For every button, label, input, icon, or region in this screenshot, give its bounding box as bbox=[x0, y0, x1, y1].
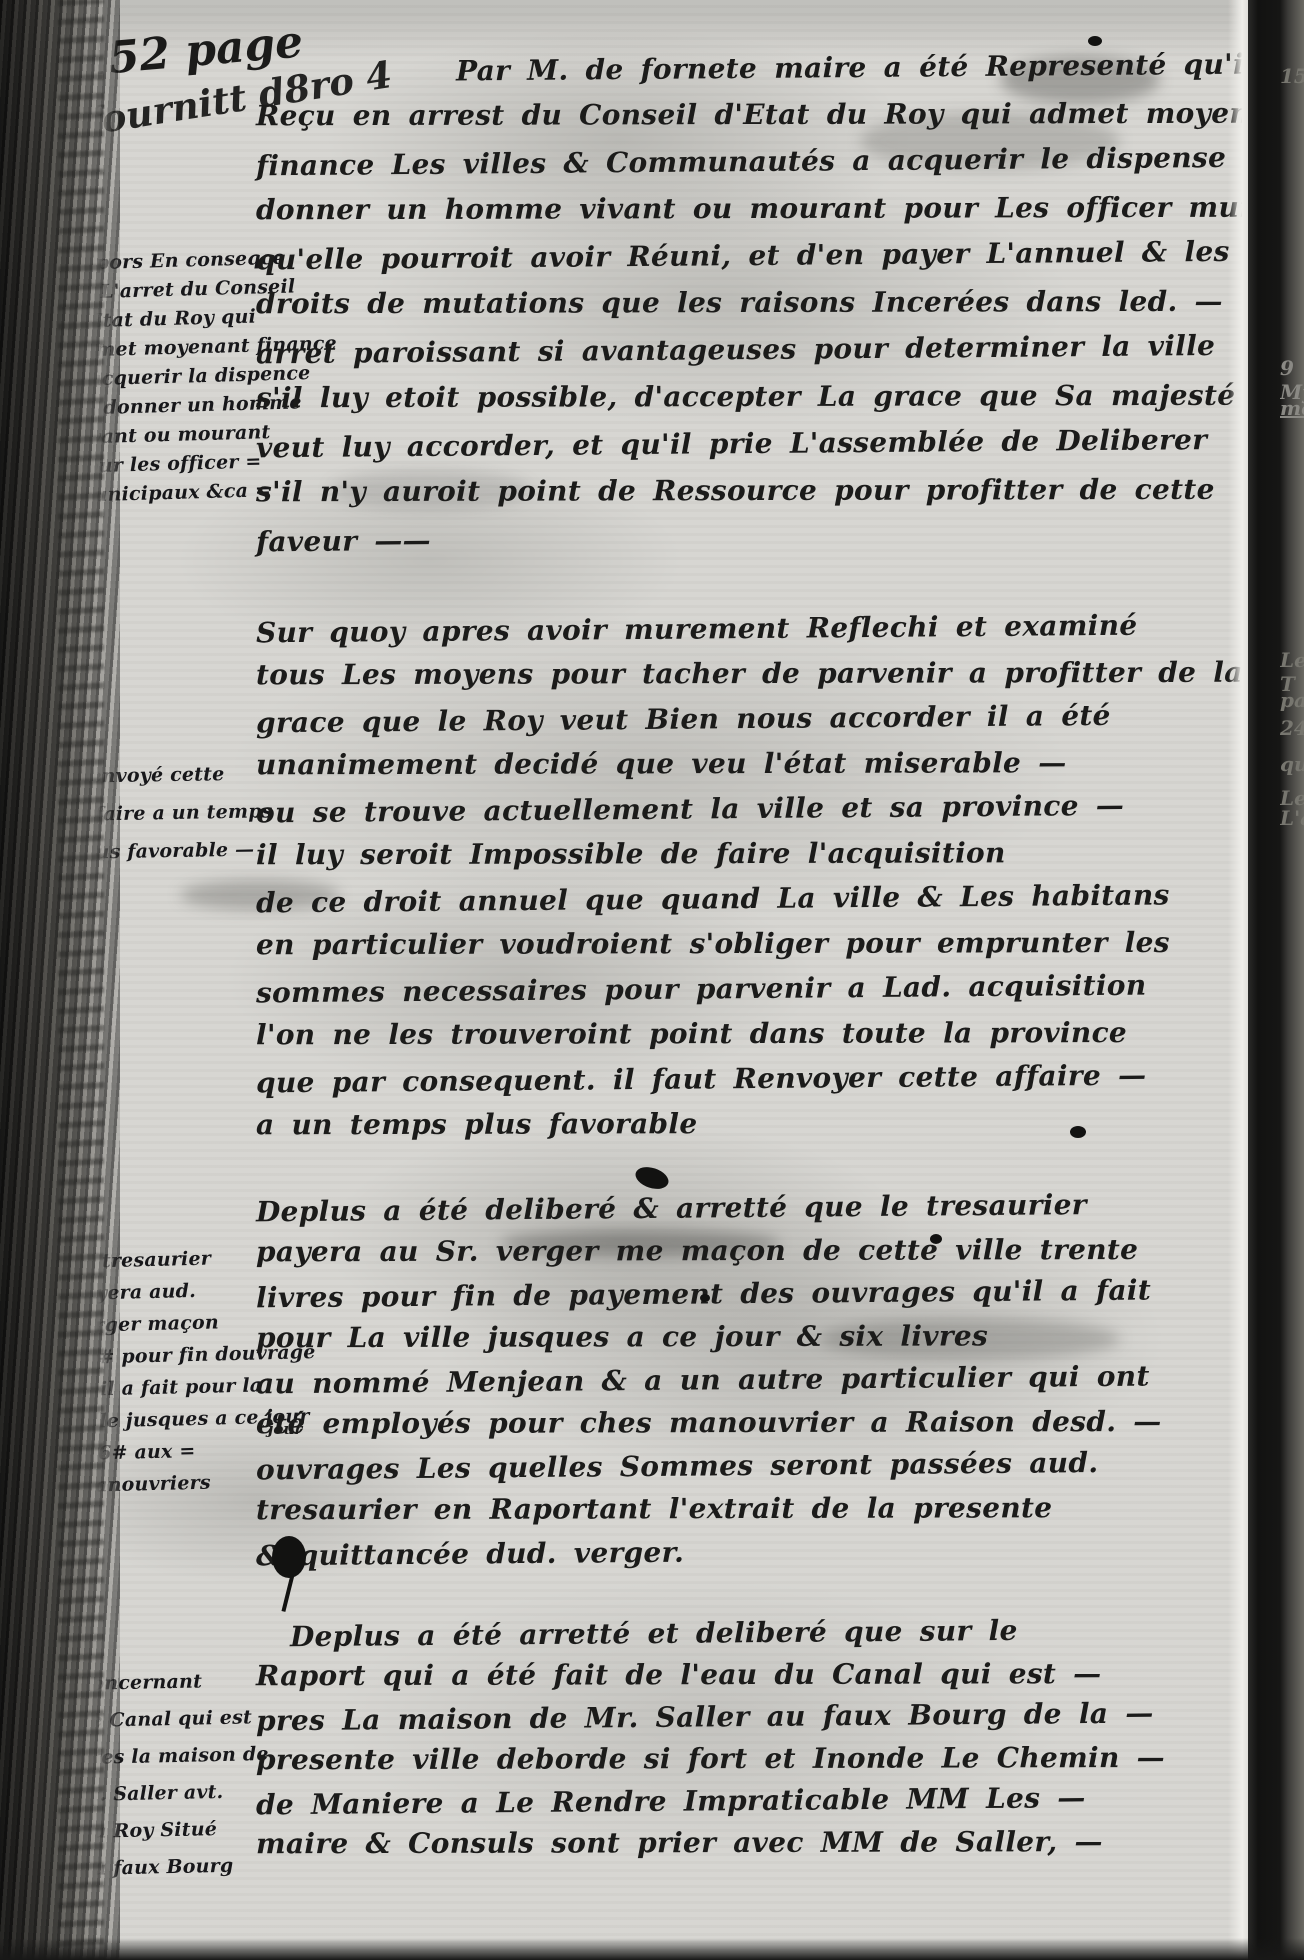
bottom-edge bbox=[0, 1938, 1304, 1960]
text-line: été employés pour ches manouvrier a Rais… bbox=[256, 1400, 1256, 1446]
text-line: droits de mutations que les raisons Ince… bbox=[256, 278, 1256, 328]
text-line: que par consequent. il faut Renvoyer cet… bbox=[256, 1052, 1256, 1106]
text-line: grace que le Roy veut Bien nous accorder… bbox=[256, 692, 1256, 746]
ink-blot bbox=[1070, 1126, 1086, 1138]
text-line: maire & Consuls sont prier avec MM de Sa… bbox=[256, 1821, 1256, 1866]
text-line: de ce droit annuel que quand La ville & … bbox=[256, 872, 1256, 926]
binding-fray bbox=[58, 0, 104, 1960]
text-line: Par M. de fornete maire a été Representé… bbox=[456, 41, 1256, 95]
paragraph: Deplus a été deliberé & arretté que le t… bbox=[256, 1186, 1256, 1573]
text-line: au nommé Menjean & a un autre particulie… bbox=[256, 1354, 1256, 1406]
text-line: tresaurier en Raportant l'extrait de la … bbox=[256, 1486, 1256, 1532]
text-line: faveur —— bbox=[256, 510, 1256, 566]
ink-blot bbox=[1088, 36, 1102, 46]
interlinear-insertion: jour bbox=[268, 1420, 302, 1438]
text-line: tous Les moyens pour tacher de parvenir … bbox=[256, 650, 1256, 698]
text-line: en particulier voudroient s'obliger pour… bbox=[256, 920, 1256, 968]
text-line: a un temps plus favorable bbox=[256, 1100, 1256, 1148]
text-line: s'il luy etoit possible, d'accepter La g… bbox=[256, 372, 1256, 422]
facing-page-fragment: mo bbox=[1280, 396, 1304, 420]
facing-page-fragment: que bbox=[1280, 752, 1304, 776]
text-line: pour La ville jusques a ce jour & six li… bbox=[256, 1314, 1256, 1360]
text-line: payera au Sr. verger me maçon de cette v… bbox=[256, 1228, 1256, 1274]
text-line: & quittancée dud. verger. bbox=[256, 1526, 1256, 1578]
text-line: veut luy accorder, et qu'il prie L'assem… bbox=[256, 416, 1256, 472]
manuscript-scan: 152 page fournitt d8ro 4 Rapors En conse… bbox=[0, 0, 1304, 1960]
paragraph: Sur quoy apres avoir murement Reflechi e… bbox=[256, 606, 1256, 1146]
text-line: arret paroissant si avantageuses pour de… bbox=[256, 322, 1256, 378]
gutter-shadow bbox=[1248, 0, 1304, 1960]
text-line: ouvrages Les quelles Sommes seront passé… bbox=[256, 1440, 1256, 1492]
text-line: livres pour fin de payement des ouvrages… bbox=[256, 1268, 1256, 1320]
text-line: l'on ne les trouveroint point dans toute… bbox=[256, 1010, 1256, 1058]
facing-page-fragment: L'ar bbox=[1280, 806, 1304, 830]
ink-blot bbox=[930, 1234, 942, 1244]
facing-page-fragment: paye bbox=[1280, 688, 1304, 712]
text-line: qu'elle pourroit avoir Réuni, et d'en pa… bbox=[256, 228, 1256, 284]
facing-page-fragment: 15 bbox=[1280, 64, 1304, 88]
ink-blot bbox=[272, 1536, 306, 1578]
paragraph: Deplus a été arretté et deliberé que sur… bbox=[256, 1612, 1256, 1864]
text-line: unanimement decidé que veu l'état misera… bbox=[256, 740, 1256, 788]
text-line: sommes necessaires pour parvenir a Lad. … bbox=[256, 962, 1256, 1016]
text-line: donner un homme vivant ou mourant pour L… bbox=[256, 184, 1256, 234]
text-line: finance Les villes & Communautés a acque… bbox=[256, 134, 1256, 190]
text-line: ou se trouve actuellement la ville et sa… bbox=[256, 782, 1256, 836]
facing-page-fragment: 24 bbox=[1280, 716, 1304, 740]
text-line: presente ville deborde si fort et Inonde… bbox=[256, 1737, 1256, 1782]
text-line: de Maniere a Le Rendre Impraticable MM L… bbox=[256, 1776, 1256, 1827]
text-line: Deplus a été deliberé & arretté que le t… bbox=[256, 1182, 1256, 1234]
text-line: Reçu en arrest du Conseil d'Etat du Roy … bbox=[256, 90, 1256, 140]
ink-blot bbox=[700, 1294, 710, 1302]
text-line: pres La maison de Mr. Saller au faux Bou… bbox=[256, 1692, 1256, 1743]
paragraph: Par M. de fornete maire a été Representé… bbox=[256, 44, 1256, 561]
text-line: il luy seroit Impossible de faire l'acqu… bbox=[256, 830, 1256, 878]
text-line: Deplus a été arretté et deliberé que sur… bbox=[290, 1608, 1256, 1658]
text-line: Raport qui a été fait de l'eau du Canal … bbox=[256, 1653, 1256, 1698]
text-line: Sur quoy apres avoir murement Reflechi e… bbox=[256, 602, 1256, 656]
text-line: s'il n'y auroit point de Ressource pour … bbox=[256, 466, 1256, 516]
